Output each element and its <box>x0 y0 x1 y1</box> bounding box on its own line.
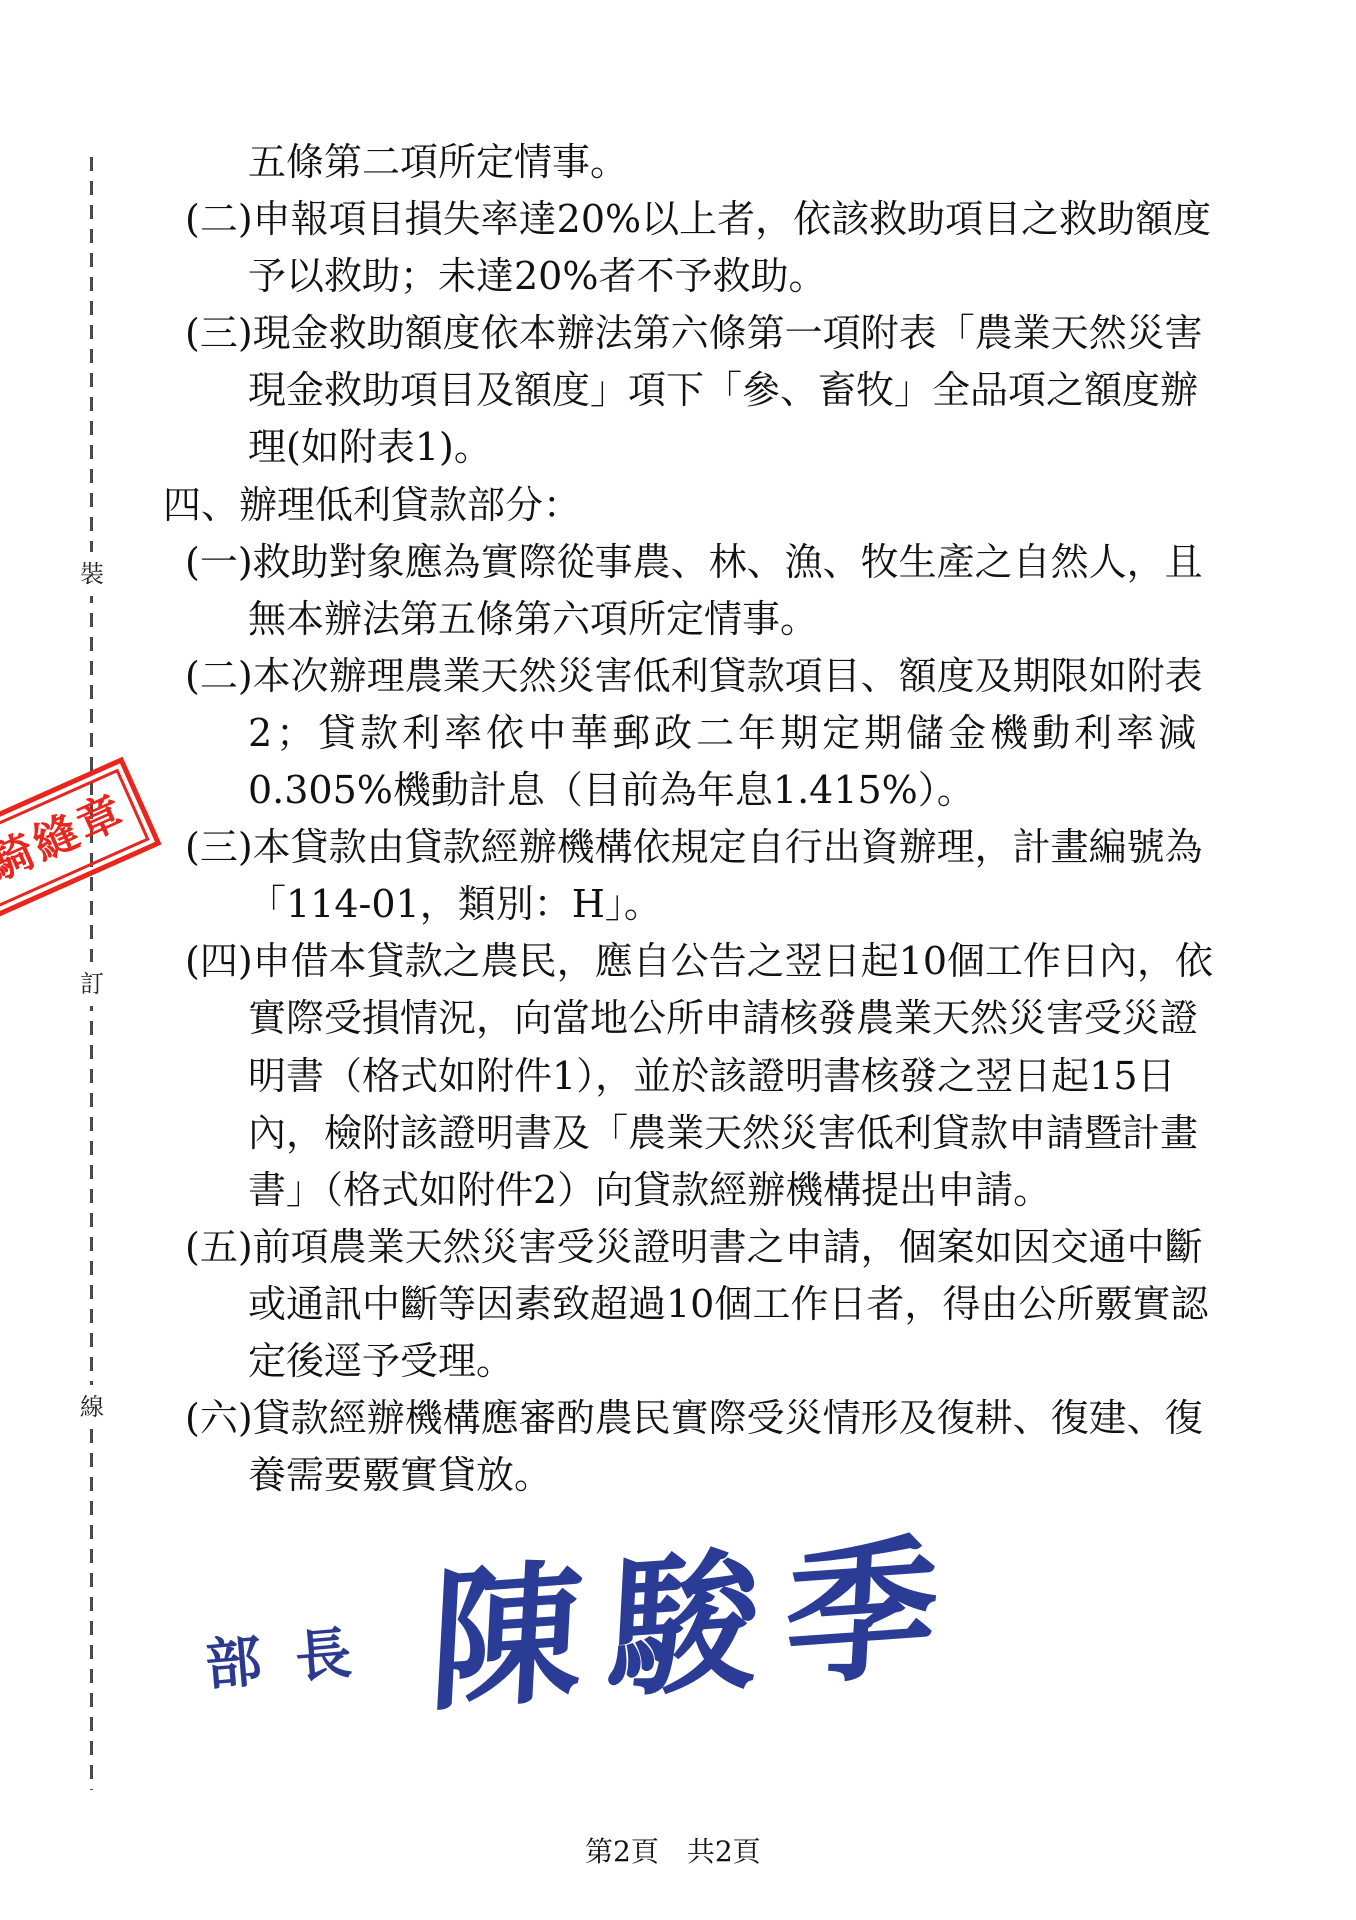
body-line: 0.305%機動計息（目前為年息1.415%）。 <box>0 762 1356 819</box>
page-footer: 第2頁 共2頁 <box>585 1830 761 1870</box>
body-line: 定後逕予受理。 <box>0 1333 1356 1390</box>
body-line: 書」（格式如附件2）向貸款經辦機構提出申請。 <box>0 1162 1356 1219</box>
body-line: (五)前項農業天然災害受災證明書之申請，個案如因交通中斷 <box>0 1219 1356 1276</box>
body-line: 明書（格式如附件1），並於該證明書核發之翌日起15日 <box>0 1048 1356 1105</box>
body-line: 內，檢附該證明書及「農業天然災害低利貸款申請暨計畫 <box>0 1105 1356 1162</box>
body-line: 五條第二項所定情事。 <box>0 134 1356 191</box>
body-line: (一)救助對象應為實際從事農、林、漁、牧生產之自然人，且 <box>0 534 1356 591</box>
body-line: (三)本貸款由貸款經辦機構依規定自行出資辦理，計畫編號為 <box>0 819 1356 876</box>
body-line: (二)申報項目損失率達20%以上者，依該救助項目之救助額度 <box>0 191 1356 248</box>
body-line: (四)申借本貸款之農民，應自公告之翌日起10個工作日內，依 <box>0 933 1356 990</box>
body-line: (三)現金救助額度依本辦法第六條第一項附表「農業天然災害 <box>0 305 1356 362</box>
body-line: 或通訊中斷等因素致超過10個工作日者，得由公所覈實認 <box>0 1276 1356 1333</box>
body-line: 無本辦法第五條第六項所定情事。 <box>0 591 1356 648</box>
body-line: 理(如附表1)。 <box>0 419 1356 476</box>
body-line: 2；貸款利率依中華郵政二年期定期儲金機動利率減 <box>0 705 1356 762</box>
body-line: 予以救助；未達20%者不予救助。 <box>0 248 1356 305</box>
body-line: (二)本次辦理農業天然災害低利貸款項目、額度及期限如附表 <box>0 648 1356 705</box>
minister-signature: 陳駿季 <box>427 1529 968 1719</box>
document-page: 裝 訂 線 騎縫章 五條第二項所定情事。(二)申報項目損失率達20%以上者，依該… <box>0 0 1356 1920</box>
body-text: 五條第二項所定情事。(二)申報項目損失率達20%以上者，依該救助項目之救助額度予… <box>0 134 1356 1504</box>
body-line: 實際受損情況，向當地公所申請核發農業天然災害受災證 <box>0 990 1356 1047</box>
body-line: 「114-01，類別：H」。 <box>0 876 1356 933</box>
body-line: 養需要覈實貸放。 <box>0 1447 1356 1504</box>
minister-title-label: 部長 <box>202 1606 388 1701</box>
body-line: 四、辦理低利貸款部分： <box>0 477 1356 534</box>
body-line: 現金救助項目及額度」項下「參、畜牧」全品項之額度辦 <box>0 362 1356 419</box>
body-line: (六)貸款經辦機構應審酌農民實際受災情形及復耕、復建、復 <box>0 1390 1356 1447</box>
